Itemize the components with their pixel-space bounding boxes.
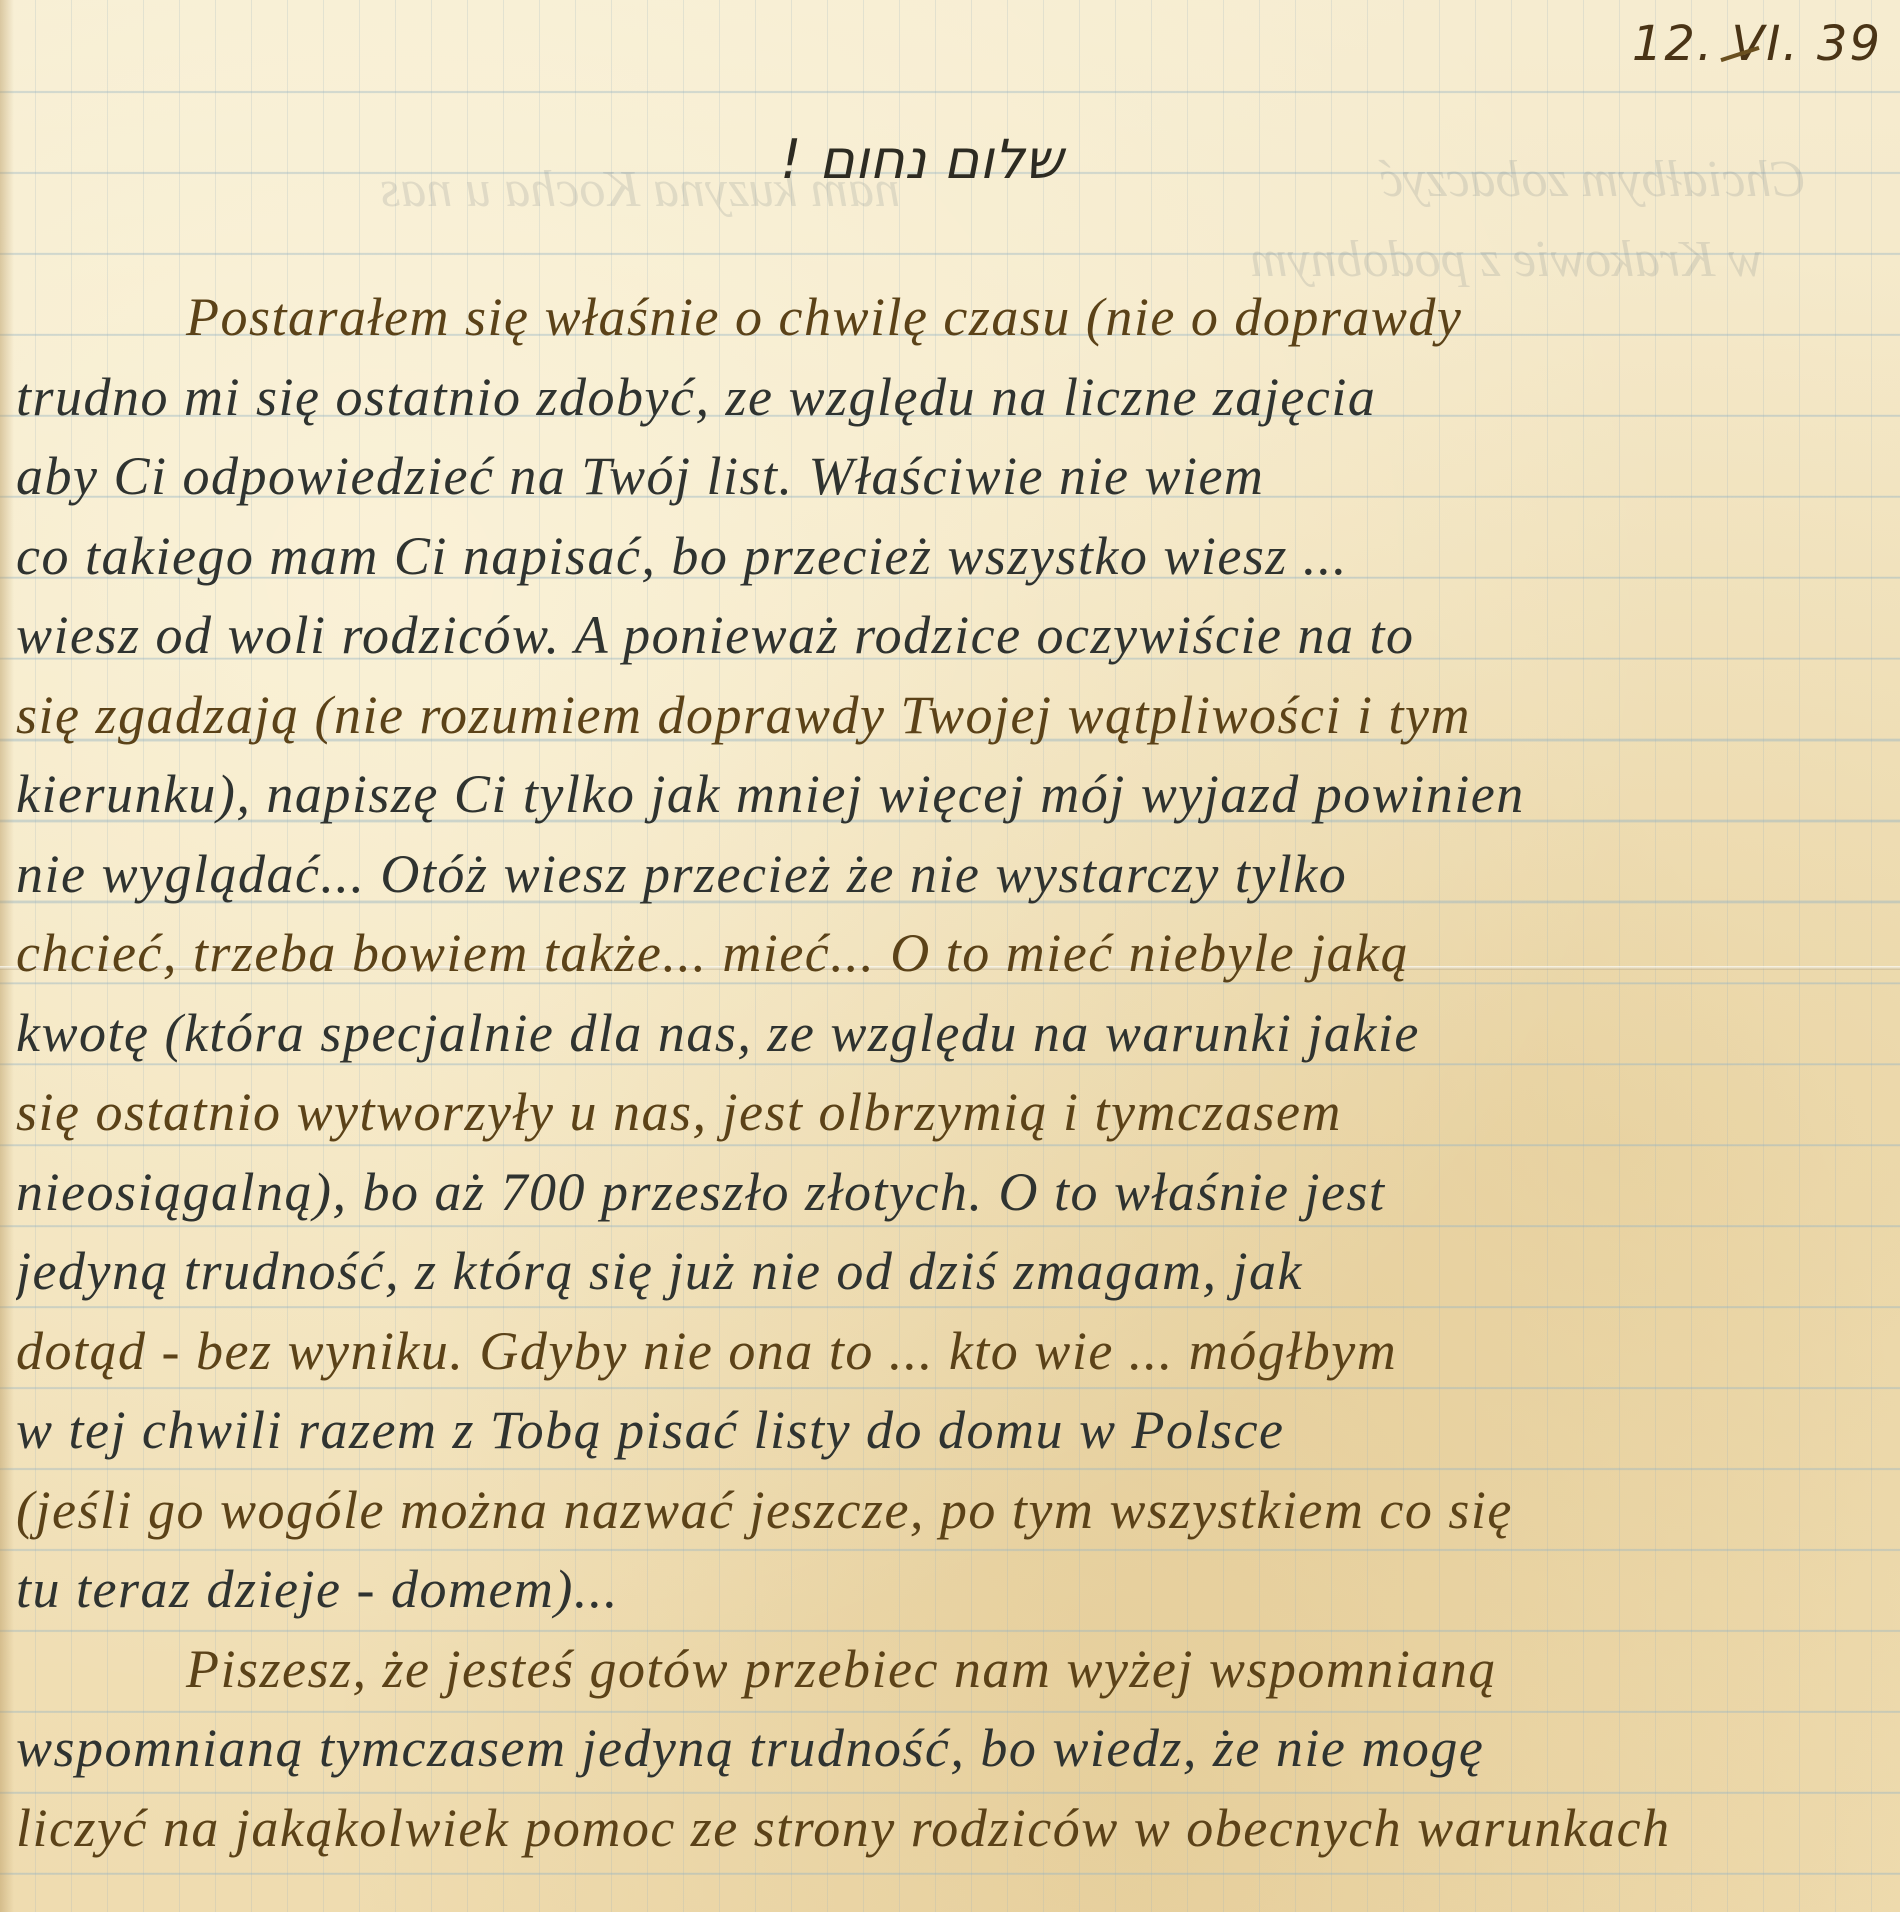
letter-line: Postarałem się właśnie o chwilę czasu (n… [16, 278, 1900, 358]
letter-line: wiesz od woli rodziców. A ponieważ rodzi… [16, 596, 1900, 676]
paper-edge-shadow [0, 0, 14, 1912]
letter-page: Chciałbym zobaczyć w Krakowie z podobnym… [0, 0, 1900, 1912]
letter-line: nieosiągalną), bo aż 700 przeszło złotyc… [16, 1153, 1900, 1233]
letter-line: się ostatnio wytworzyły u nas, jest olbr… [16, 1073, 1900, 1153]
letter-line: nie wyglądać... Otóż wiesz przecież że n… [16, 835, 1900, 915]
letter-line: aby Ci odpowiedzieć na Twój list. Właści… [16, 437, 1900, 517]
letter-line: liczyć na jakąkolwiek pomoc ze strony ro… [16, 1789, 1900, 1869]
letter-line: co takiego mam Ci napisać, bo przecież w… [16, 517, 1900, 597]
letter-line: chcieć, trzeba bowiem także... mieć... O… [16, 914, 1900, 994]
letter-line: kwotę (która specjalnie dla nas, ze wzgl… [16, 994, 1900, 1074]
letter-line: trudno mi się ostatnio zdobyć, ze względ… [16, 358, 1900, 438]
letter-date: 12. VI. 39 [1632, 16, 1882, 72]
letter-line: Piszesz, że jesteś gotów przebiec nam wy… [16, 1630, 1900, 1710]
letter-line: (jeśli go wogóle można nazwać jeszcze, p… [16, 1471, 1900, 1551]
letter-body: Postarałem się właśnie o chwilę czasu (n… [16, 278, 1900, 1868]
letter-line: tu teraz dzieje - domem)... [16, 1550, 1900, 1630]
letter-line: dotąd - bez wyniku. Gdyby nie ona to ...… [16, 1312, 1900, 1392]
letter-line: kierunku), napiszę Ci tylko jak mniej wi… [16, 755, 1900, 835]
letter-line: jedyną trudność, z którą się już nie od … [16, 1232, 1900, 1312]
letter-line: wspomnianą tymczasem jedyną trudność, bo… [16, 1709, 1900, 1789]
letter-line: w tej chwili razem z Tobą pisać listy do… [16, 1391, 1900, 1471]
letter-salutation: שלום נחום ! [780, 128, 1063, 191]
letter-line: się zgadzają (nie rozumiem doprawdy Twoj… [16, 676, 1900, 756]
